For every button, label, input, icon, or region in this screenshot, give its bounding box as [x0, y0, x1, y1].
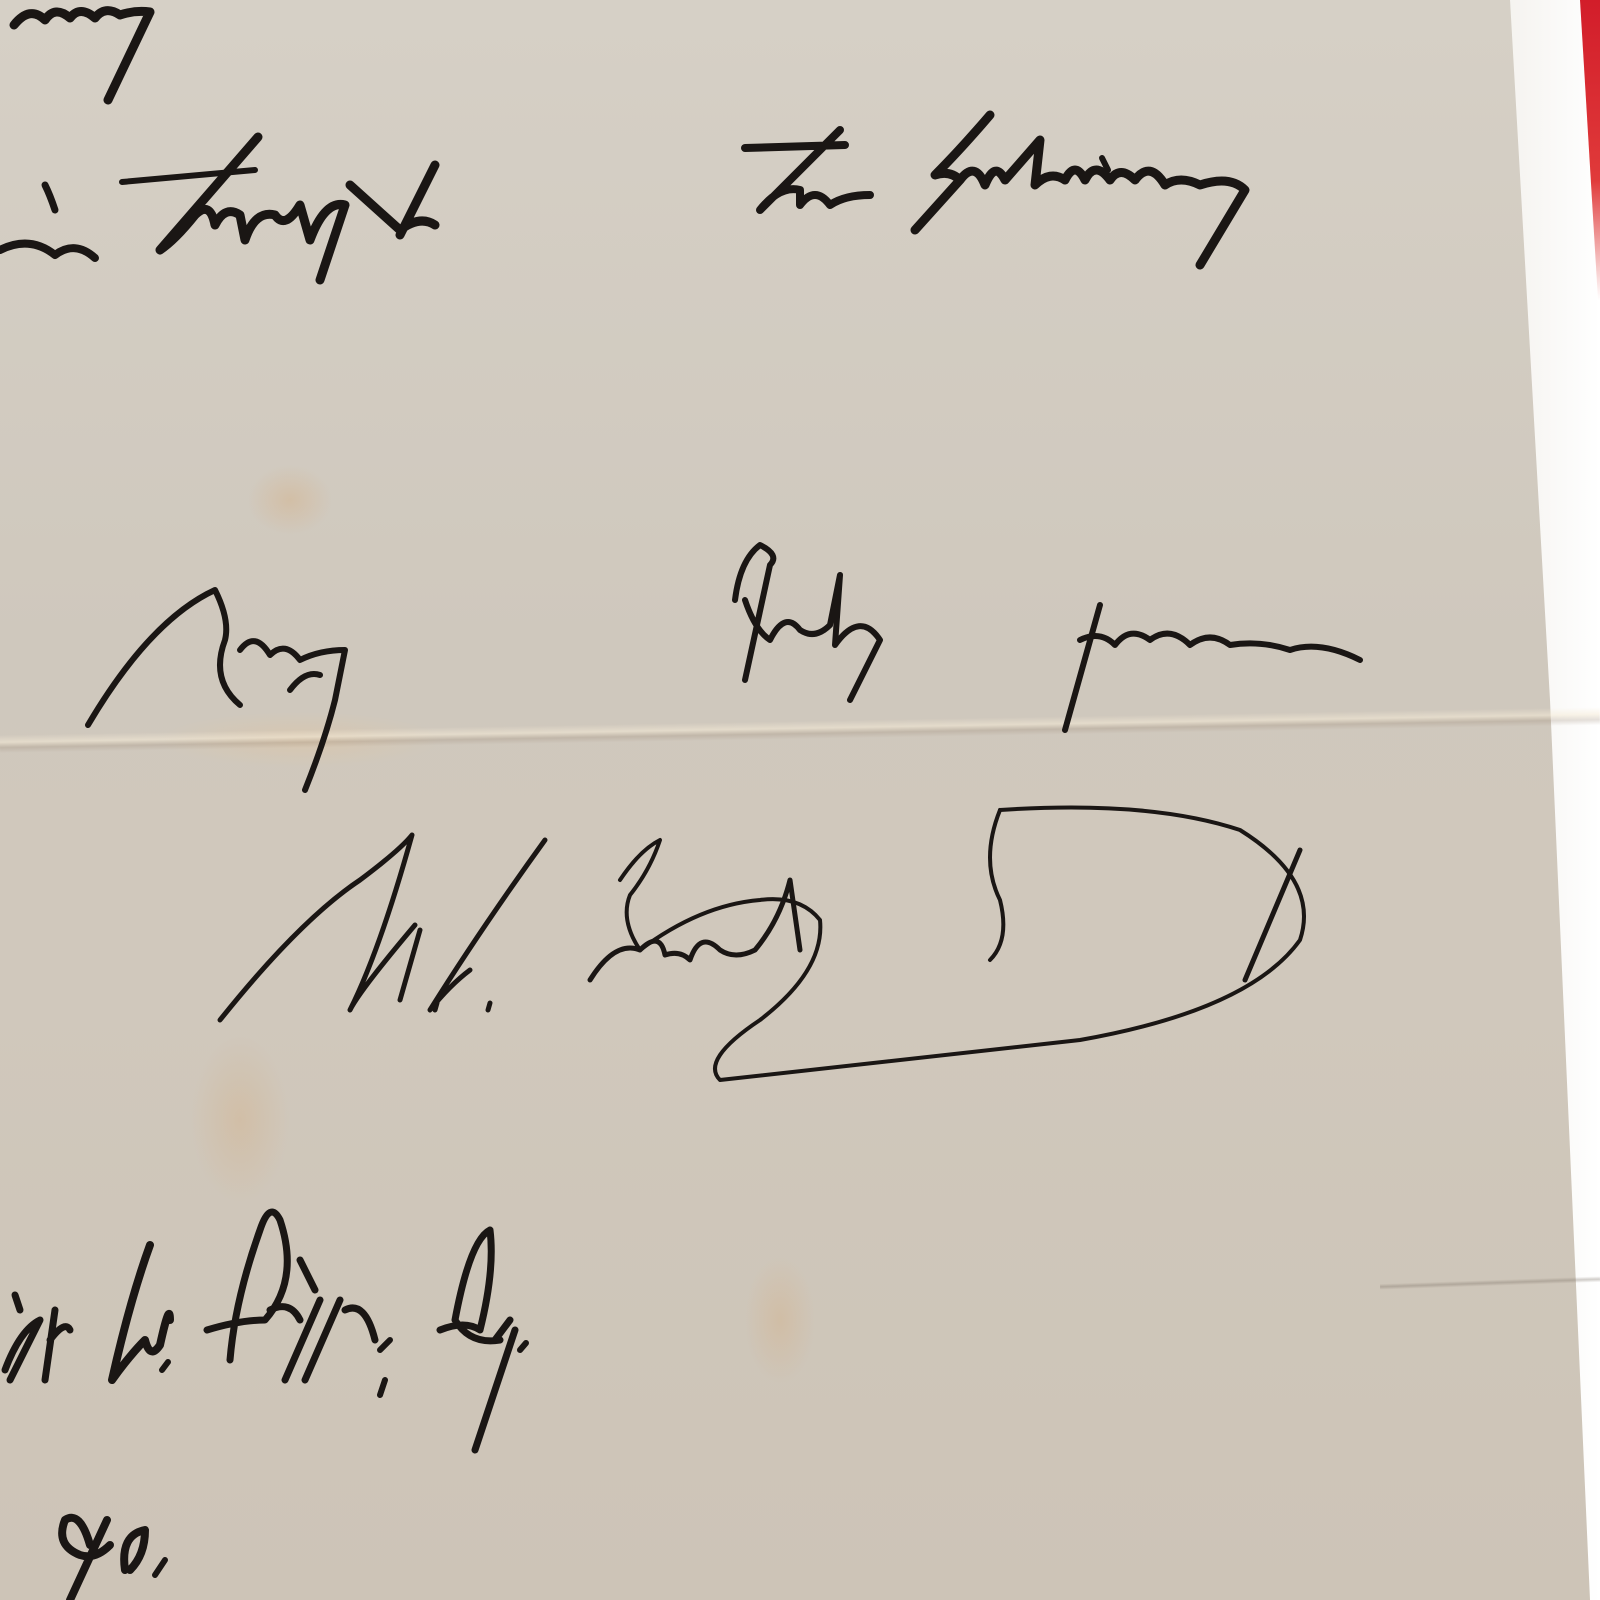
handwriting-addressee-griffin-esq: [5, 1212, 526, 1450]
handwriting-ink: [0, 0, 1600, 1600]
handwriting-line-day: [14, 11, 150, 100]
handwriting-closing-very-truly-yours: [88, 545, 1360, 790]
handwriting-line-through-the-following: [0, 115, 1245, 280]
signature-u-s-grant: [220, 808, 1304, 1081]
handwriting-etc: [62, 1518, 165, 1600]
